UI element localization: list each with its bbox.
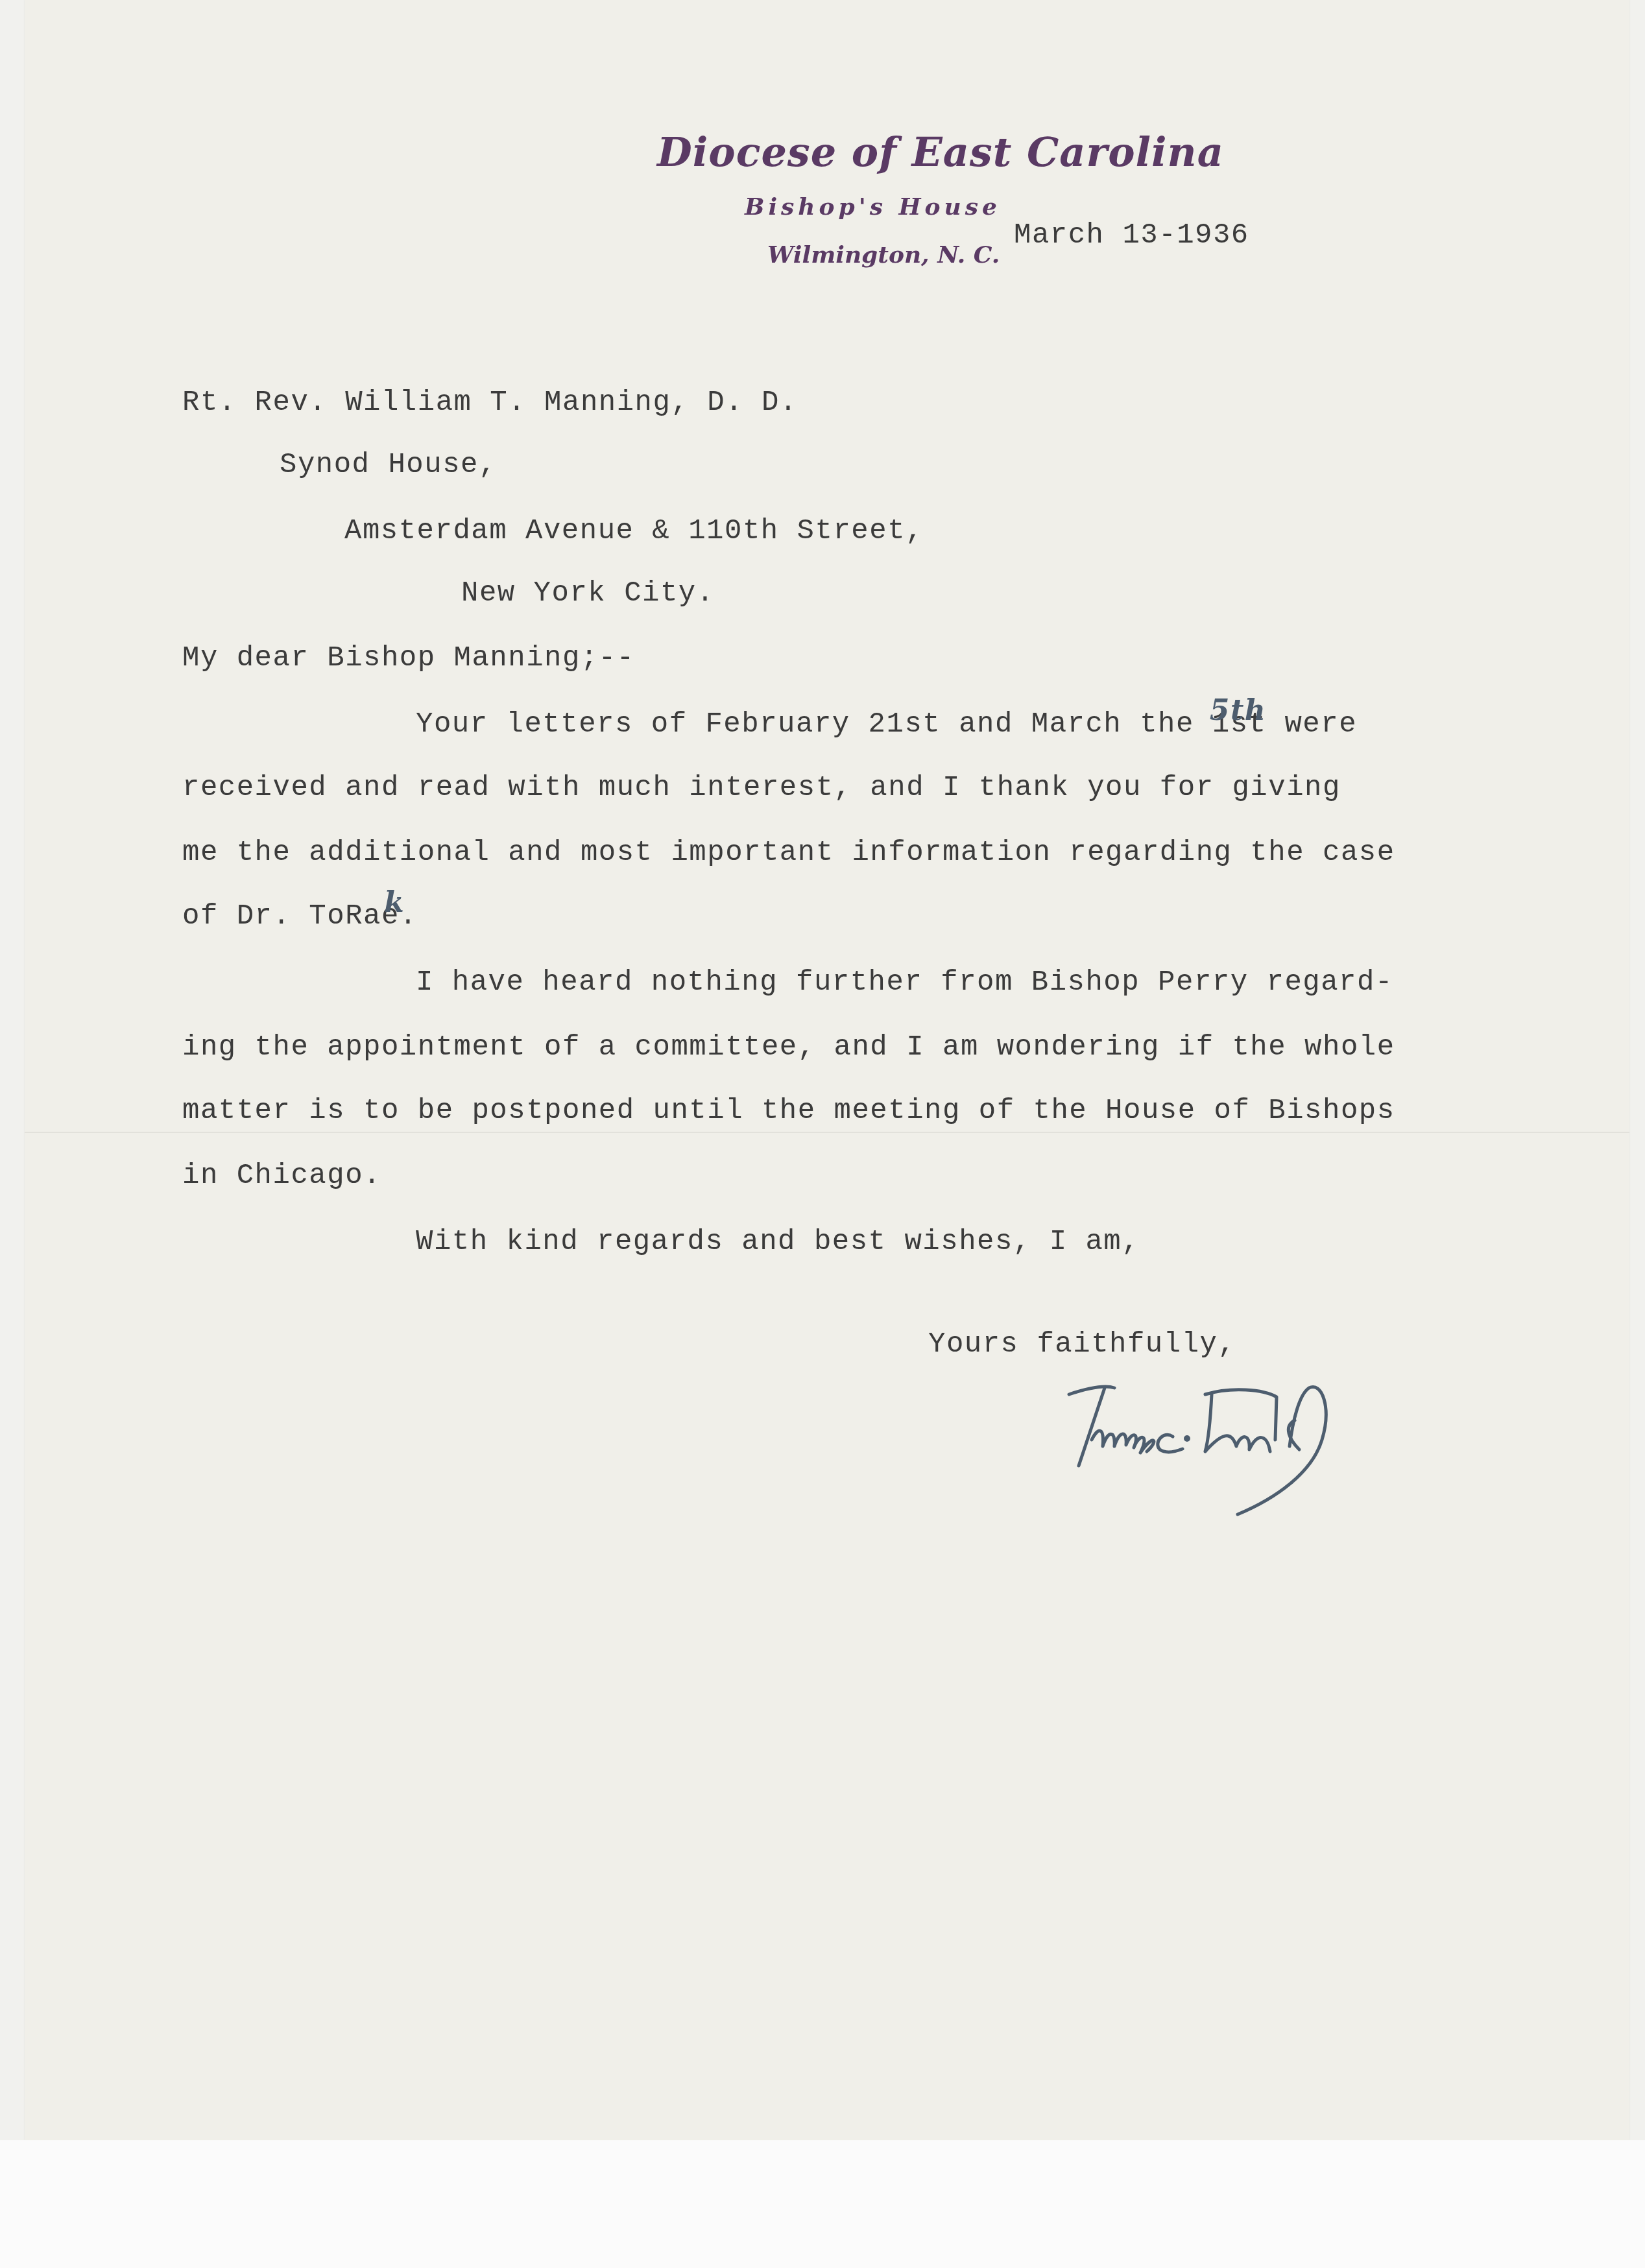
body-p1-line1-pre: Your letters of February 21st and March …: [416, 708, 1212, 741]
body-p1-line1-post: were: [1267, 708, 1358, 741]
letterhead-house: Bishop's House: [745, 193, 1001, 221]
scan-border: [0, 2140, 1645, 2268]
recipient-city: New York City.: [461, 577, 715, 610]
recipient-building: Synod House,: [280, 449, 497, 481]
date-correction: 1st5th: [1212, 708, 1267, 741]
recipient-name: Rt. Rev. William T. Manning, D. D.: [182, 387, 798, 419]
body-p1-line4: of Dr. ToRae.k: [182, 900, 418, 933]
closing-line: With kind regards and best wishes, I am,: [416, 1226, 1140, 1258]
letterhead-location: Wilmington, N. C.: [767, 241, 1000, 269]
body-p1-line3: me the additional and most important inf…: [182, 837, 1395, 869]
letter-date: March 13-1936: [1014, 219, 1249, 252]
letterhead-organization: Diocese of East Carolina: [657, 128, 1224, 176]
body-p1-line2: received and read with much interest, an…: [182, 772, 1341, 804]
valediction: Yours faithfully,: [928, 1328, 1236, 1361]
body-p1-line1: Your letters of February 21st and March …: [416, 708, 1357, 741]
body-p2-line3: matter is to be postponed until the meet…: [182, 1095, 1395, 1127]
handwritten-signature: [1043, 1368, 1406, 1518]
body-p2-line1: I have heard nothing further from Bishop…: [416, 966, 1393, 999]
typed-name-fragment: Rae.: [345, 900, 418, 933]
recipient-street: Amsterdam Avenue & 110th Street,: [344, 515, 924, 547]
handwritten-date: 5th: [1210, 694, 1266, 727]
salutation: My dear Bishop Manning;--: [182, 642, 635, 674]
body-p1-line4-pre: of Dr. To: [182, 900, 345, 933]
body-p2-line2: ing the appointment of a committee, and …: [182, 1031, 1395, 1064]
paper-fold-line: [25, 1132, 1629, 1133]
handwritten-name-fragment: k: [384, 886, 405, 919]
name-correction: Rae.k: [345, 900, 418, 933]
letter-page: Diocese of East Carolina Bishop's House …: [25, 0, 1629, 2140]
body-p2-line4: in Chicago.: [182, 1160, 381, 1192]
